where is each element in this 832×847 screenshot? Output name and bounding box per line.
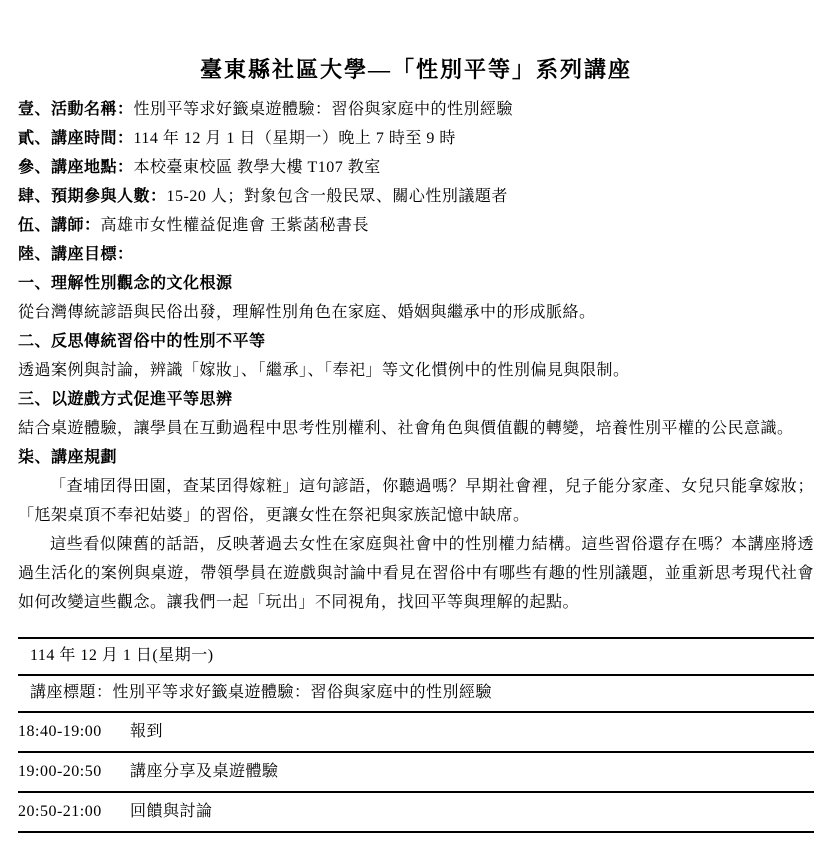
info-item-value: 本校臺東校區 教學大樓 T107 教室: [134, 159, 381, 176]
schedule-activity: 講座分享及桌遊體驗: [130, 752, 814, 792]
info-item-label: 壹、活動名稱：: [18, 101, 134, 118]
info-item-label: 陸、講座目標：: [18, 246, 134, 263]
plan-paragraph-2: 這些看似陳舊的話語，反映著過去女性在家庭與社會中的性別權力結構。這些習俗還存在嗎…: [18, 530, 814, 617]
schedule-row: 19:00-20:50 講座分享及桌遊體驗: [18, 752, 814, 792]
info-item-activity-name: 壹、活動名稱：性別平等求好籤桌遊體驗：習俗與家庭中的性別經驗: [18, 95, 814, 124]
info-item-label: 伍、講師：: [18, 217, 101, 234]
plan-heading: 柒、講座規劃: [18, 443, 814, 472]
plan-paragraph-1: 「查埔囝得田園，查某囝得嫁粧」這句諺語，你聽過嗎？早期社會裡，兒子能分家產、女兒…: [18, 472, 814, 530]
goal-body-1: 從台灣傳統諺語與民俗出發，理解性別角色在家庭、婚姻與繼承中的形成脈絡。: [18, 298, 814, 327]
schedule-topic-row: 講座標題：性別平等求好籤桌遊體驗：習俗與家庭中的性別經驗: [18, 675, 814, 712]
schedule-row: 18:40-19:00 報到: [18, 712, 814, 752]
info-item-objectives: 陸、講座目標：: [18, 240, 814, 269]
schedule-time: 19:00-20:50: [18, 752, 130, 792]
schedule-activity: 報到: [130, 712, 814, 752]
schedule-time: 18:40-19:00: [18, 712, 130, 752]
goal-body-2: 透過案例與討論，辨識「嫁妝」、「繼承」、「奉祀」等文化慣例中的性別偏見與限制。: [18, 356, 814, 385]
info-item-value: 高雄市女性權益促進會 王紫菡秘書長: [101, 217, 370, 234]
info-item-time: 貳、講座時間：114 年 12 月 1 日（星期一）晚上 7 時至 9 時: [18, 124, 814, 153]
schedule-date: 114 年 12 月 1 日(星期一): [18, 638, 814, 675]
info-item-label: 參、講座地點：: [18, 159, 134, 176]
info-item-value: 性別平等求好籤桌遊體驗：習俗與家庭中的性別經驗: [134, 101, 514, 118]
document-body: 壹、活動名稱：性別平等求好籤桌遊體驗：習俗與家庭中的性別經驗 貳、講座時間：11…: [18, 95, 814, 617]
info-item-location: 參、講座地點：本校臺東校區 教學大樓 T107 教室: [18, 153, 814, 182]
schedule-time: 20:50-21:00: [18, 792, 130, 832]
goal-body-3: 結合桌遊體驗，讓學員在互動過程中思考性別權利、社會角色與價值觀的轉變，培養性別平…: [18, 414, 814, 443]
info-item-label: 肆、預期參與人數：: [18, 188, 167, 205]
goal-heading-2: 二、反思傳統習俗中的性別不平等: [18, 327, 814, 356]
schedule-row: 20:50-21:00 回饋與討論: [18, 792, 814, 832]
goal-heading-3: 三、以遊戲方式促進平等思辨: [18, 385, 814, 414]
document-page: 臺東縣社區大學—「性別平等」系列講座 壹、活動名稱：性別平等求好籤桌遊體驗：習俗…: [0, 0, 832, 847]
info-item-label: 貳、講座時間：: [18, 130, 134, 147]
schedule-activity: 回饋與討論: [130, 792, 814, 832]
document-title: 臺東縣社區大學—「性別平等」系列講座: [18, 0, 814, 83]
schedule-table: 114 年 12 月 1 日(星期一) 講座標題：性別平等求好籤桌遊體驗：習俗與…: [18, 637, 814, 833]
info-item-value: 15-20 人；對象包含一般民眾、關心性別議題者: [167, 188, 508, 205]
schedule-topic: 講座標題：性別平等求好籤桌遊體驗：習俗與家庭中的性別經驗: [18, 675, 814, 712]
schedule-date-row: 114 年 12 月 1 日(星期一): [18, 638, 814, 675]
info-item-lecturer: 伍、講師：高雄市女性權益促進會 王紫菡秘書長: [18, 211, 814, 240]
info-item-value: 114 年 12 月 1 日（星期一）晚上 7 時至 9 時: [134, 130, 456, 147]
goal-heading-1: 一、理解性別觀念的文化根源: [18, 269, 814, 298]
info-item-participants: 肆、預期參與人數：15-20 人；對象包含一般民眾、關心性別議題者: [18, 182, 814, 211]
